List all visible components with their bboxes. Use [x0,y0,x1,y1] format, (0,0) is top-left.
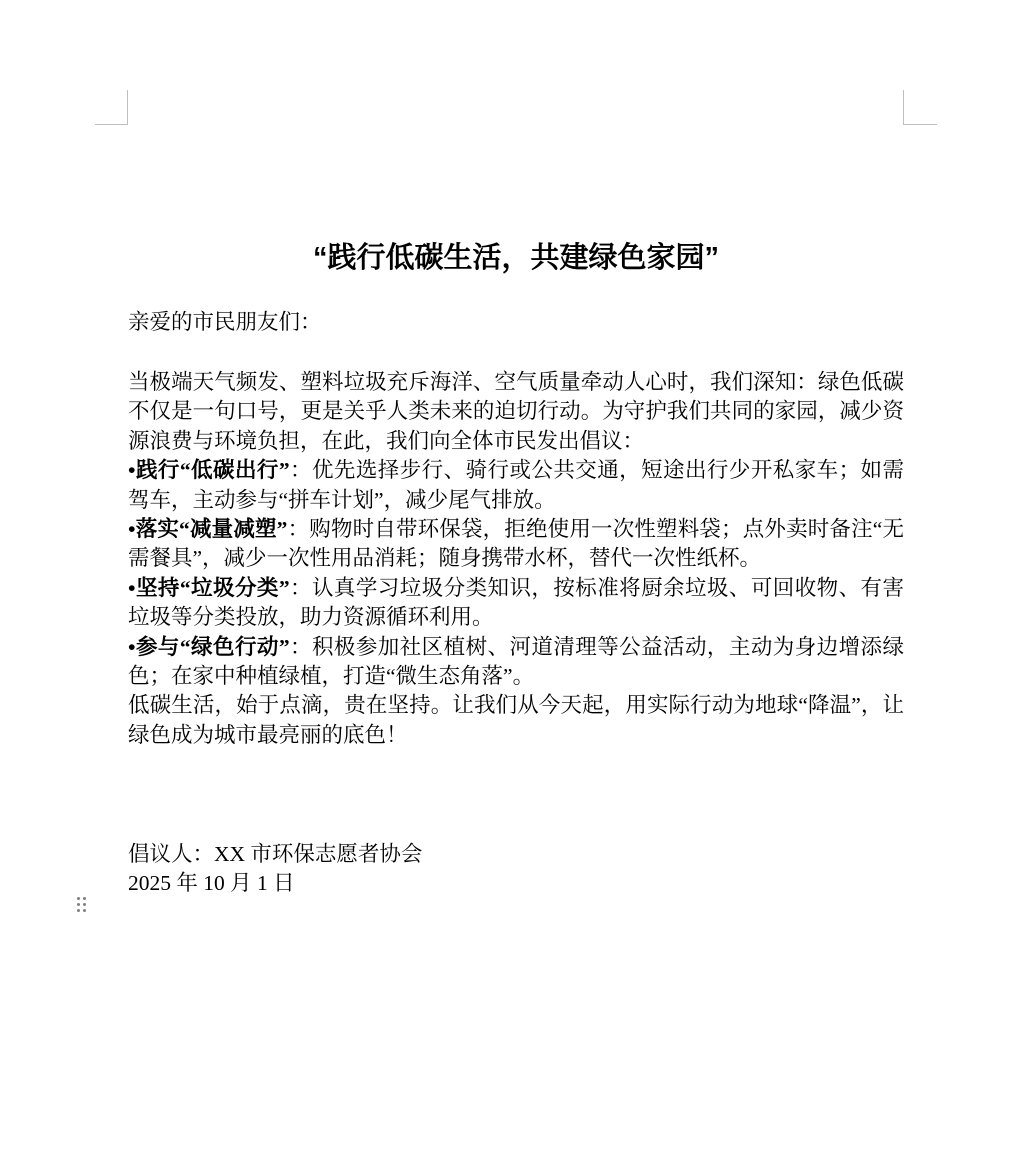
bullet-lead-text: 践行“低碳出行” [136,458,290,482]
document-page: “践行低碳生活，共建绿色家园” 亲爱的市民朋友们： 当极端天气频发、塑料垃圾充斥… [0,0,1026,1170]
bullet-item: •坚持“垃圾分类”：认真学习垃圾分类知识，按标准将厨余垃圾、可回收物、有害垃圾等… [128,574,904,633]
document-title: “践行低碳生活，共建绿色家园” [128,237,904,279]
bullet-lead-text: 参与“绿色行动” [136,635,290,659]
closing-paragraph: 低碳生活，始于点滴，贵在坚持。让我们从今天起，用实际行动为地球“降温”，让绿色成… [128,691,904,750]
drag-handle-icon[interactable] [77,897,86,912]
document-body: 当极端天气频发、塑料垃圾充斥海洋、空气质量牵动人心时，我们深知：绿色低碳不仅是一… [128,368,904,750]
bullet-item: •践行“低碳出行”：优先选择步行、骑行或公共交通，短途出行少开私家车；如需驾车，… [128,456,904,515]
handle-dot [77,903,80,906]
handle-dot [83,903,86,906]
bullet-lead-text: 落实“减量减塑” [136,517,288,541]
bullet-item: •参与“绿色行动”：积极参加社区植树、河道清理等公益活动，主动为身边增添绿色；在… [128,633,904,692]
margin-corner-top-left-vertical [127,90,128,124]
margin-corner-top-right-vertical [903,90,904,124]
signer-line: 倡议人：XX 市环保志愿者协会 [128,840,904,869]
signature-block: 倡议人：XX 市环保志愿者协会 2025 年 10 月 1 日 [128,840,904,899]
intro-paragraph: 当极端天气频发、塑料垃圾充斥海洋、空气质量牵动人心时，我们深知：绿色低碳不仅是一… [128,368,904,456]
bullet-item: •落实“减量减塑”：购物时自带环保袋，拒绝使用一次性塑料袋；点外卖时备注“无需餐… [128,515,904,574]
bullet-lead: •践行“低碳出行” [128,458,290,482]
margin-corner-top-right-horizontal [903,124,937,125]
bullet-dot: • [128,517,136,541]
date-line: 2025 年 10 月 1 日 [128,869,904,898]
bullet-dot: • [128,576,136,600]
bullet-lead-text: 坚持“垃圾分类” [136,576,290,600]
bullet-dot: • [128,458,136,482]
margin-corner-top-left-horizontal [95,124,128,125]
salutation-line: 亲爱的市民朋友们： [128,308,904,337]
handle-dot [77,897,80,900]
handle-dot [83,909,86,912]
handle-dot [77,909,80,912]
bullet-dot: • [128,635,136,659]
bullet-lead: •落实“减量减塑” [128,517,287,541]
bullet-lead: •参与“绿色行动” [128,635,290,659]
handle-dot [83,897,86,900]
bullet-lead: •坚持“垃圾分类” [128,576,290,600]
